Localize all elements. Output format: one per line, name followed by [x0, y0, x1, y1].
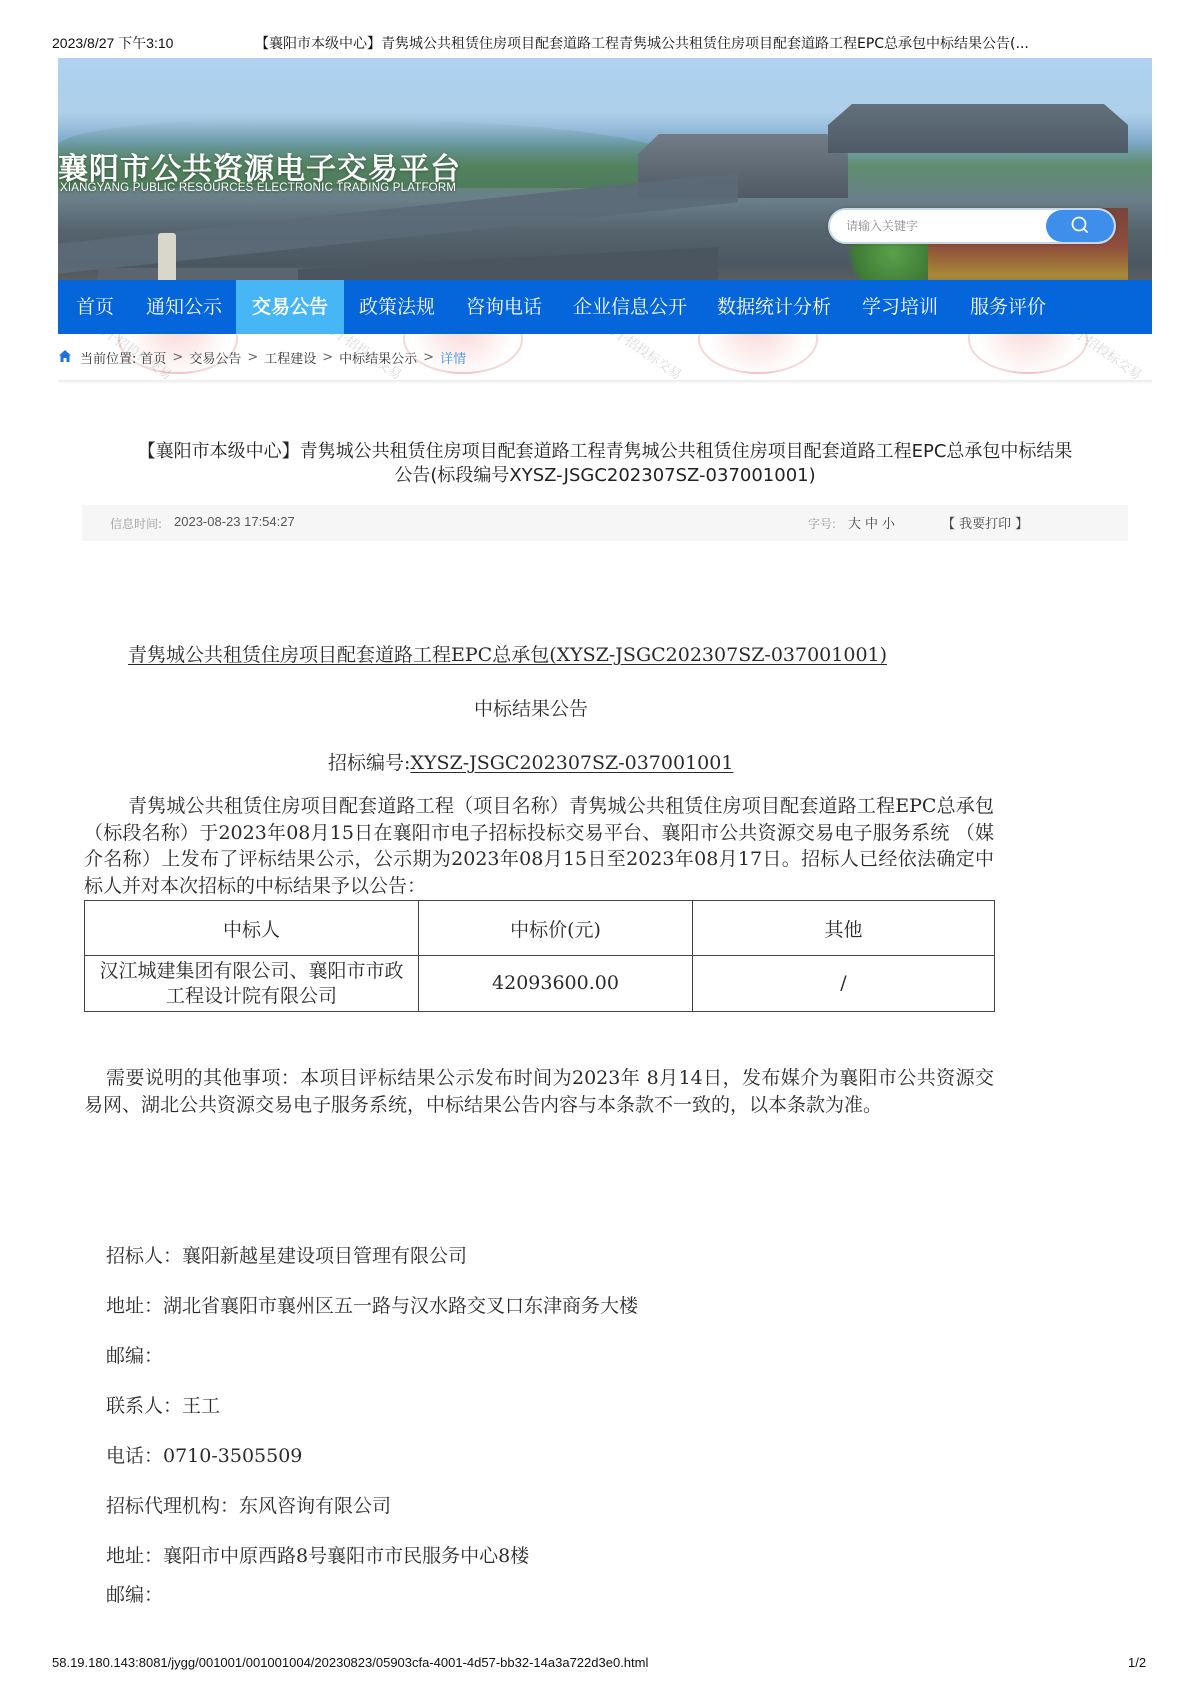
font-size-medium[interactable]: 中 [865, 513, 878, 532]
article-title-line1: 【襄阳市本级中心】青隽城公共租赁住房项目配套道路工程青隽城公共租赁住房项目配套道… [80, 440, 1130, 464]
breadcrumb-area: 电子招投标交易 电子招投标交易 电子招投标交易 电子招投标交易 当前位置: 首页… [58, 334, 1152, 382]
agency: 招标代理机构：东风咨询有限公司 [106, 1491, 391, 1518]
breadcrumb-separator: > [423, 350, 434, 365]
home-icon [58, 349, 72, 367]
nav-item-policies[interactable]: 政策法规 [344, 280, 450, 334]
agency-postcode: 邮编： [106, 1580, 163, 1607]
tenderer-contact-person: 联系人：王工 [106, 1391, 220, 1418]
table-header-row: 中标人 中标价(元) 其他 [85, 901, 995, 956]
text-watermark: 电子招投标交易 [601, 334, 686, 382]
article-title-line2: 公告(标段编号XYSZ-JSGC202307SZ-037001001) [80, 464, 1130, 488]
nav-item-notices[interactable]: 通知公示 [132, 280, 236, 334]
breadcrumb-award-results[interactable]: 中标结果公示 [339, 348, 417, 367]
table-header-other: 其他 [693, 901, 995, 956]
award-table: 中标人 中标价(元) 其他 汉江城建集团有限公司、襄阳市市政工程设计院有限公司 … [84, 900, 995, 1012]
breadcrumb-separator: > [172, 350, 183, 365]
info-time-label: 信息时间: [110, 515, 162, 532]
nav-item-home[interactable]: 首页 [58, 280, 132, 334]
print-button[interactable]: 【 我要打印 】 [942, 513, 1028, 532]
nav-item-statistics[interactable]: 数据统计分析 [702, 280, 846, 334]
search-box [828, 208, 1116, 244]
tenderer-phone: 电话：0710-3505509 [106, 1441, 302, 1468]
article-title: 【襄阳市本级中心】青隽城公共租赁住房项目配套道路工程青隽城公共租赁住房项目配套道… [80, 440, 1130, 488]
table-cell-winner: 汉江城建集团有限公司、襄阳市市政工程设计院有限公司 [85, 956, 419, 1012]
table-header-price: 中标价(元) [419, 901, 693, 956]
breadcrumb: 当前位置: 首页 > 交易公告 > 工程建设 > 中标结果公示 > 详情 [58, 348, 466, 367]
tender-number-value: XYSZ-JSGC202307SZ-037001001 [410, 752, 733, 774]
info-time: 2023-08-23 17:54:27 [174, 514, 295, 529]
nav-item-service-rating[interactable]: 服务评价 [954, 280, 1062, 334]
breadcrumb-current: 详情 [440, 348, 466, 367]
print-header: 2023/8/27 下午3:10 【襄阳市本级中心】青隽城公共租赁住房项目配套道… [0, 0, 1200, 55]
search-icon [1070, 215, 1090, 238]
nav-item-hotline[interactable]: 咨询电话 [450, 280, 558, 334]
table-header-winner: 中标人 [85, 901, 419, 956]
breadcrumb-separator: > [322, 350, 333, 365]
font-size-label: 字号: [808, 515, 836, 532]
search-input[interactable] [830, 210, 1045, 242]
font-size-small[interactable]: 小 [882, 513, 895, 532]
result-heading: 中标结果公告 [474, 694, 588, 721]
announcement-paragraph: 青隽城公共租赁住房项目配套道路工程（项目名称）青隽城公共租赁住房项目配套道路工程… [84, 793, 994, 899]
print-page-number: 1/2 [1128, 1655, 1146, 1670]
breadcrumb-engineering[interactable]: 工程建设 [264, 348, 316, 367]
font-size-options: 大 中 小 [848, 513, 895, 532]
site-subtitle: XIANGYANG PUBLIC RESOURCES ELECTRONIC TR… [60, 182, 456, 194]
agency-address: 地址：襄阳市中原西路8号襄阳市市民服务中心8楼 [106, 1541, 529, 1568]
print-footer-url: 58.19.180.143:8081/jygg/001001/001001004… [52, 1655, 648, 1670]
tenderer: 招标人：襄阳新越星建设项目管理有限公司 [106, 1241, 467, 1268]
tenderer-postcode: 邮编： [106, 1341, 163, 1368]
site-banner: 襄阳市公共资源电子交易平台 XIANGYANG PUBLIC RESOURCES… [58, 58, 1152, 304]
table-cell-price: 42093600.00 [419, 956, 693, 1012]
nav-item-training[interactable]: 学习培训 [846, 280, 954, 334]
breadcrumb-trade-announcements[interactable]: 交易公告 [189, 348, 241, 367]
main-nav: 首页 通知公示 交易公告 政策法规 咨询电话 企业信息公开 数据统计分析 学习培… [58, 280, 1152, 334]
nav-item-enterprise-info[interactable]: 企业信息公开 [558, 280, 702, 334]
breadcrumb-prefix: 当前位置: [80, 348, 136, 367]
breadcrumb-home[interactable]: 首页 [140, 348, 166, 367]
seal-watermark [698, 334, 818, 374]
nav-item-trade-announcements[interactable]: 交易公告 [236, 280, 344, 334]
breadcrumb-separator: > [247, 350, 258, 365]
article-info-bar: 信息时间: 2023-08-23 17:54:27 字号: 大 中 小 【 我要… [82, 505, 1128, 541]
additional-notes-paragraph: 需要说明的其他事项：本项目评标结果公示发布时间为2023年 8月14日，发布媒介… [84, 1065, 994, 1118]
lot-title: 青隽城公共租赁住房项目配套道路工程EPC总承包(XYSZ-JSGC202307S… [128, 640, 887, 667]
tenderer-address: 地址：湖北省襄阳市襄州区五一路与汉水路交叉口东津商务大楼 [106, 1291, 638, 1318]
seal-watermark [968, 334, 1088, 374]
font-size-large[interactable]: 大 [848, 513, 861, 532]
print-page-title: 【襄阳市本级中心】青隽城公共租赁住房项目配套道路工程青隽城公共租赁住房项目配套道… [255, 33, 1155, 53]
table-cell-other: / [693, 956, 995, 1012]
table-row: 汉江城建集团有限公司、襄阳市市政工程设计院有限公司 42093600.00 / [85, 956, 995, 1012]
tender-number: 招标编号:XYSZ-JSGC202307SZ-037001001 [328, 748, 733, 775]
breadcrumb-divider [58, 380, 1152, 384]
search-button[interactable] [1046, 210, 1114, 242]
print-date: 2023/8/27 下午3:10 [52, 33, 173, 53]
tender-number-label: 招标编号: [328, 752, 410, 774]
